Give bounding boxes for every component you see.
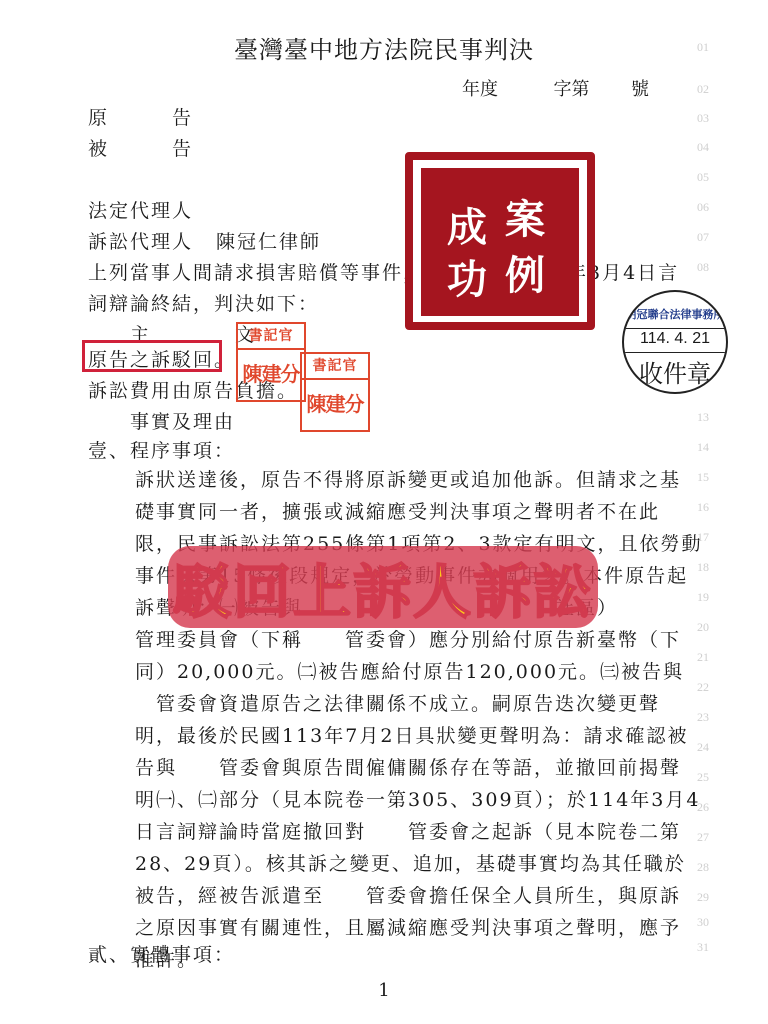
seal-char: 案 xyxy=(505,188,545,245)
line-number: 16 xyxy=(688,500,718,515)
case-word: 字第 xyxy=(553,75,589,101)
text-line-22: 管委會資遣原告之法律關係不成立。嗣原告迭次變更聲 xyxy=(135,689,660,716)
receipt-divider xyxy=(624,352,726,353)
text-line-29: 之原因事實有關連性，且屬減縮應受判決事項之聲明，應予 xyxy=(135,913,681,940)
line-number: 02 xyxy=(688,82,718,97)
text-line-20: 管理委員會（下稱 管委會）應分別給付原告新臺幣（下 xyxy=(135,625,681,652)
text-line-25: 明㈠、㈡部分（見本院卷一第305、309頁）；於114年3月4 xyxy=(135,785,700,812)
text-line-31: 貳、實體事項： xyxy=(88,940,235,967)
line-number: 04 xyxy=(688,140,718,155)
line-number: 15 xyxy=(688,470,718,485)
verdict-banner: 駁回上訴人訴訟 xyxy=(168,546,598,628)
plaintiff-label: 原 告 xyxy=(88,103,193,130)
page-number: 1 xyxy=(0,980,768,1001)
line-number: 05 xyxy=(688,170,718,185)
receipt-label: 收件章 xyxy=(624,354,726,389)
clerk-stamp: 書記官 陳建分 xyxy=(236,322,306,402)
line-number: 07 xyxy=(688,230,718,245)
document-title: 臺灣臺中地方法院民事判決 xyxy=(0,30,768,65)
line-number: 06 xyxy=(688,200,718,215)
text-line-14: 壹、程序事項： xyxy=(88,436,235,463)
line-number: 27 xyxy=(688,830,718,845)
clerk-title: 書記官 xyxy=(238,324,304,350)
line-number: 23 xyxy=(688,710,718,725)
text-line-16: 礎事實同一者，擴張或減縮應受判決事項之聲明者不在此 xyxy=(135,497,660,524)
judgment-page: 臺灣臺中地方法院民事判決 年度 字第 號 原 告 被 告 法定代理人 訴訟代理人… xyxy=(0,0,768,1024)
litigation-agent-name: 陳冠仁律師 xyxy=(216,227,321,254)
text-line-28: 被告，經被告派遣至 管委會擔任保全人員所生，與原訴 xyxy=(135,881,681,908)
banner-text: 駁回上訴人訴訟 xyxy=(173,545,593,629)
case-num: 號 xyxy=(631,75,649,101)
defendant-label: 被 告 xyxy=(88,134,193,161)
text-line-23: 明，最後於民國113年7月2日具狀變更聲明為：請求確認被 xyxy=(135,721,688,748)
line-number: 26 xyxy=(688,800,718,815)
line-number: 18 xyxy=(688,560,718,575)
line-number: 25 xyxy=(688,770,718,785)
text-line-26: 日言詞辯論時當庭撤回對 管委會之起訴（見本院卷二第 xyxy=(135,817,681,844)
text-line-07: 上列當事人間請求損害賠償等事件， xyxy=(88,258,424,285)
receipt-divider xyxy=(624,328,726,329)
seal-char: 功 xyxy=(447,248,487,305)
receipt-firm: 明冠聯合法律事務所 xyxy=(624,306,726,322)
text-line-21: 同）20,000元。㈡被告應給付原告120,000元。㈢被告與 xyxy=(135,657,684,684)
text-line-09: 詞辯論終結，判決如下： xyxy=(88,289,319,316)
text-line-13: 事實及理由 xyxy=(88,407,235,434)
text-line-24: 告與 管委會與原告間僱傭關係存在等語，並撤回前揭聲 xyxy=(135,753,681,780)
clerk-stamp: 書記官 陳建分 xyxy=(300,352,370,432)
case-year: 年度 xyxy=(462,75,498,101)
legal-rep-label: 法定代理人 xyxy=(88,196,193,223)
line-number: 28 xyxy=(688,860,718,875)
litigation-agent-label: 訴訟代理人 xyxy=(88,227,193,254)
seal-char: 成 xyxy=(447,196,487,253)
success-case-seal: 成 功 案 例 xyxy=(405,152,595,330)
clerk-name: 陳建分 xyxy=(238,350,304,398)
line-number: 30 xyxy=(688,915,718,930)
text-line-15: 訴狀送達後，原告不得將原訴變更或追加他訴。但請求之基 xyxy=(135,465,681,492)
receipt-date: 114. 4. 21 xyxy=(624,330,726,348)
line-number: 24 xyxy=(688,740,718,755)
line-number: 20 xyxy=(688,620,718,635)
seal-fill xyxy=(421,168,579,316)
line-number: 14 xyxy=(688,440,718,455)
verdict-highlight-box xyxy=(82,340,222,372)
receipt-stamp: 明冠聯合法律事務所 114. 4. 21 收件章 xyxy=(622,290,728,394)
case-number: 年度 字第 號 xyxy=(462,75,649,101)
line-number: 01 xyxy=(688,40,718,55)
seal-char: 例 xyxy=(505,244,545,301)
line-number: 29 xyxy=(688,890,718,905)
line-number: 08 xyxy=(688,260,718,275)
line-number: 19 xyxy=(688,590,718,605)
line-number: 13 xyxy=(688,410,718,425)
text-line-27: 28、29頁）。核其訴之變更、追加，基礎事實均為其任職於 xyxy=(135,849,686,876)
clerk-title: 書記官 xyxy=(302,354,368,380)
line-number: 17 xyxy=(688,530,718,545)
clerk-name: 陳建分 xyxy=(302,380,368,428)
line-number: 22 xyxy=(688,680,718,695)
line-number: 31 xyxy=(688,940,718,955)
line-number: 03 xyxy=(688,111,718,126)
line-number: 21 xyxy=(688,650,718,665)
